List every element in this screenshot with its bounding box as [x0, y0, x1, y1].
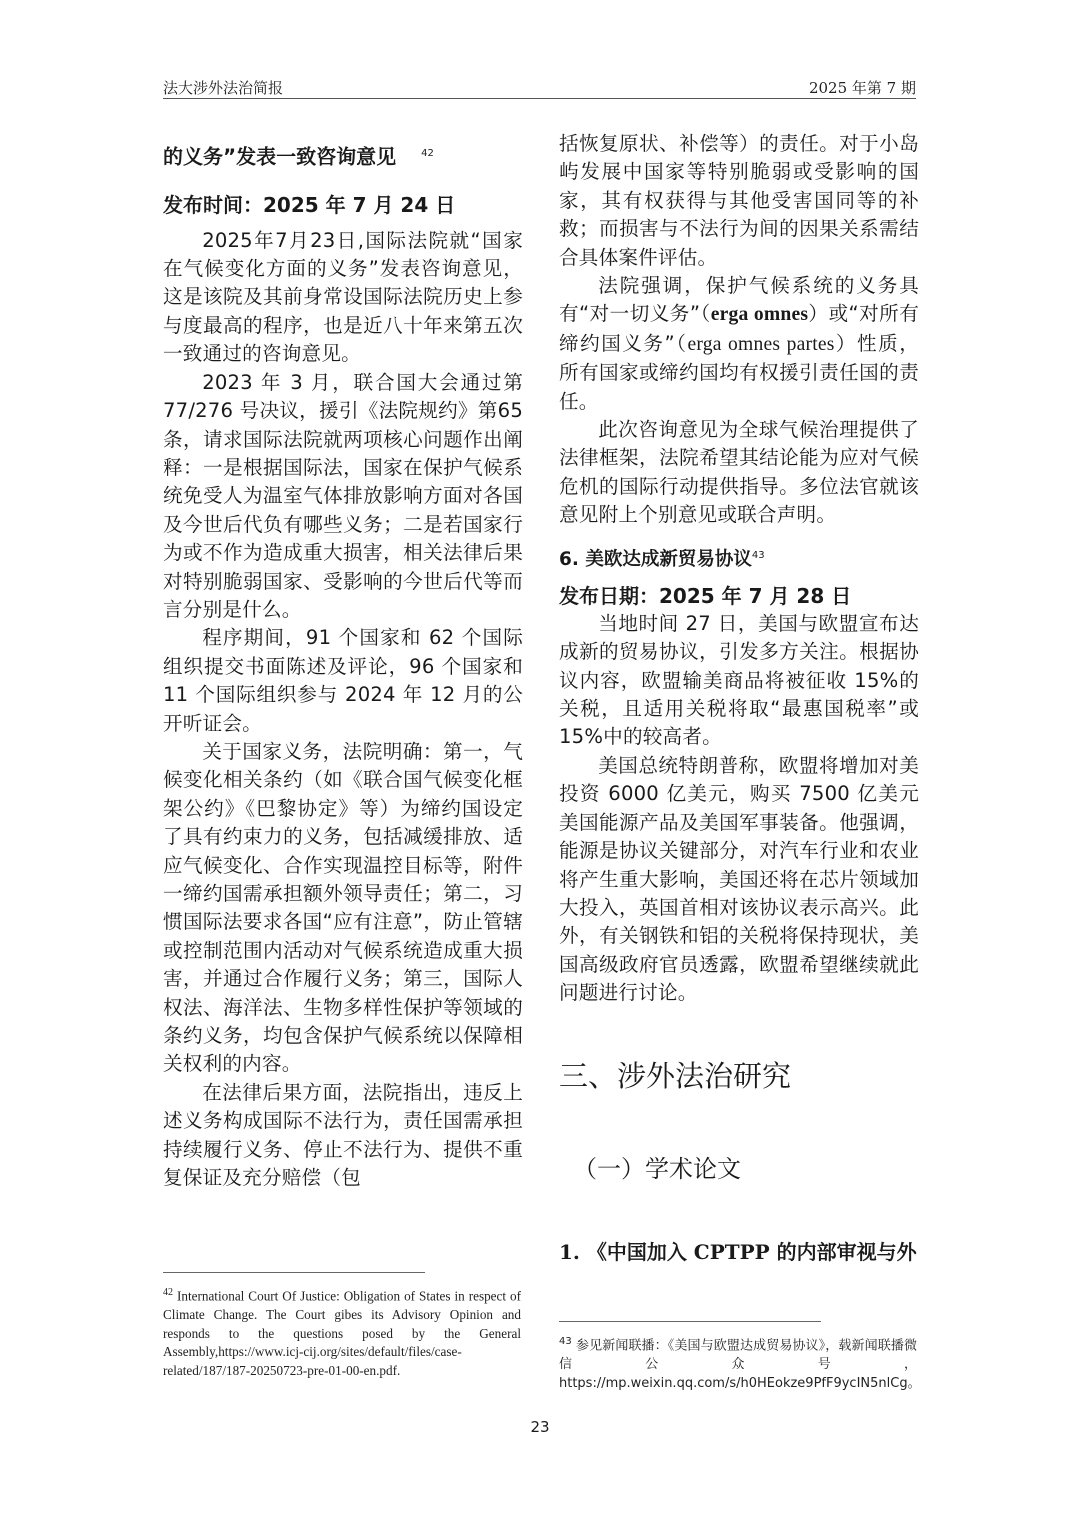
paragraph: 此次咨询意见为全球气候治理提供了法律框架，法院希望其结论能为应对气候危机的国际行…: [559, 416, 919, 530]
footnote-ref-42[interactable]: 42: [421, 148, 434, 159]
item-6-title: 6. 美欧达成新贸易协议43: [559, 542, 919, 574]
section-title: 三、涉外法治研究: [559, 1056, 919, 1096]
footnote-text[interactable]: International Court Of Justice: Obligati…: [163, 1288, 521, 1377]
footnote-divider: [163, 1272, 425, 1273]
footnote-ref-43[interactable]: 43: [752, 550, 765, 561]
running-header: 法大涉外法治简报 2025 年第 7 期: [163, 76, 916, 99]
paragraph: 关于国家义务，法院明确：第一，气候变化相关条约（如《联合国气候变化框架公约》《巴…: [163, 738, 523, 1079]
paragraph: 程序期间，91 个国家和 62 个国际组织提交书面陈述及评论，96 个国家和 1…: [163, 624, 523, 738]
latin-term: erga omnes: [711, 304, 808, 325]
latin-term: erga omnes partes: [687, 334, 834, 355]
left-column: 的义务”发表一致咨询意见 42 发布时间：2025 年 7 月 24 日 202…: [163, 132, 523, 1192]
right-column: 括恢复原状、补偿等）的责任。对于小岛屿发展中国家等特别脆弱或受影响的国家，其有权…: [559, 130, 919, 1265]
item-title-text: 6. 美欧达成新贸易协议: [559, 549, 752, 570]
footnote-number: 42: [163, 1287, 173, 1298]
issue-number: 2025 年第 7 期: [809, 77, 916, 98]
footnote-42: 42 International Court Of Justice: Oblig…: [163, 1284, 521, 1380]
publish-date: 发布时间：2025 年 7 月 24 日: [163, 191, 523, 219]
footnote-number: 43: [559, 1336, 572, 1347]
page-number: 23: [0, 1418, 1080, 1436]
article-title: 1. 《中国加入 CPTPP 的内部审视与外: [559, 1236, 919, 1265]
item-title-text: 的义务”发表一致咨询意见: [163, 145, 396, 169]
footnote-text[interactable]: 参见新闻联播：《美国与欧盟达成贸易协议》，载新闻联播微信公众号，https://…: [559, 1338, 921, 1390]
subsection-title: （一）学术论文: [559, 1152, 919, 1186]
paragraph: 在法律后果方面，法院指出，违反上述义务构成国际不法行为，责任国需承担持续履行义务…: [163, 1079, 523, 1193]
publication-name: 法大涉外法治简报: [163, 77, 283, 98]
paragraph: 2023 年 3 月，联合国大会通过第77/276 号决议，援引《法院规约》第6…: [163, 369, 523, 625]
paragraph: 美国总统特朗普称，欧盟将增加对美投资 6000 亿美元，购买 7500 亿美元美…: [559, 752, 919, 1008]
item-title-continuation: 的义务”发表一致咨询意见 42: [163, 140, 523, 171]
paragraph-continuation: 括恢复原状、补偿等）的责任。对于小岛屿发展中国家等特别脆弱或受影响的国家，其有权…: [559, 130, 919, 272]
footnote-43: 43 参见新闻联播：《美国与欧盟达成贸易协议》，载新闻联播微信公众号，https…: [559, 1333, 917, 1393]
paragraph: 2025年7月23日,国际法院就“国家在气候变化方面的义务”发表咨询意见，这是该…: [163, 227, 523, 369]
publish-date: 发布日期：2025 年 7 月 28 日: [559, 582, 919, 610]
paragraph-erga-omnes: 法院强调，保护气候系统的义务具有“对一切义务”（erga omnes）或“对所有…: [559, 272, 919, 416]
footnote-divider: [559, 1321, 821, 1322]
paragraph: 当地时间 27 日，美国与欧盟宣布达成新的贸易协议，引发多方关注。根据协议内容，…: [559, 610, 919, 752]
